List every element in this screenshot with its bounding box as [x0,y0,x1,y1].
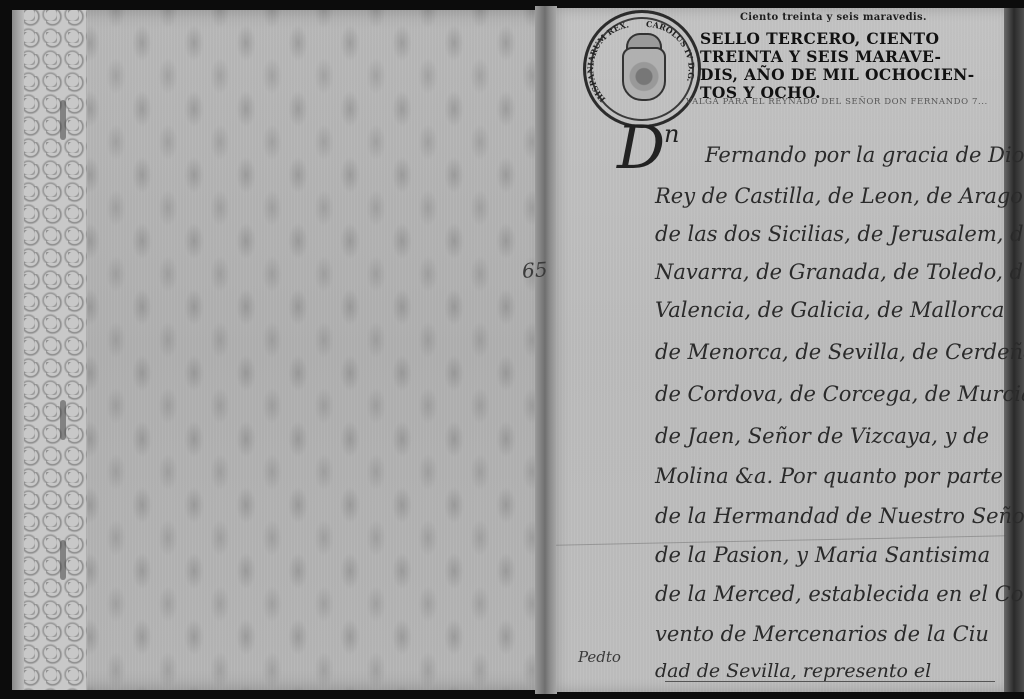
strip-stain [60,400,66,440]
manuscript-line: de Cordova, de Corcega, de Murcia [655,382,1024,406]
strip-stain [60,540,66,580]
manuscript-spread: 65 HISPANIARUM REX. CAROLUS IV D.G. Cien… [0,0,1024,699]
manuscript-line: Valencia, de Galicia, de Mallorca [655,298,1004,322]
seal-line: SELLO TERCERO, CIENTO [700,30,960,48]
seal-line: TREINTA Y SEIS MARAVE- [700,48,960,66]
manuscript-line: de la Merced, establecida en el Com [655,582,1024,606]
manuscript-line: de la Pasion, y Maria Santisima [655,543,990,567]
manuscript-line: Navarra, de Granada, de Toledo, de [655,260,1024,284]
manuscript-line: vento de Mercenarios de la Ciu [655,622,989,646]
initial-superscript: n [664,120,679,148]
seal-line: DIS, AÑO DE MIL OCHOCIEN- [700,66,960,84]
decorated-initial: D [617,118,665,178]
validation-line: VALGA PARA EL REYNADO DEL SEÑOR DON FERN… [686,97,988,107]
patterned-border-strip [24,10,87,690]
manuscript-line: de Jaen, Señor de Vizcaya, y de [655,424,989,448]
seal-heading: SELLO TERCERO, CIENTO TREINTA Y SEIS MAR… [700,30,960,102]
margin-note: Pedto [578,648,621,666]
folio-number: 65 [521,257,548,283]
left-page-cover [12,10,547,690]
strip-stain [60,100,66,140]
closing-underline [665,681,995,682]
manuscript-line: de la Hermandad de Nuestro Señor [655,504,1024,528]
manuscript-line: de Menorca, de Sevilla, de Cerdeña [655,340,1024,364]
book-spine [535,6,557,694]
price-line: Ciento treinta y seis maravedis. [740,12,927,23]
left-page-edge [12,10,24,690]
coat-of-arms-icon [622,47,666,101]
royal-seal-stamp: HISPANIARUM REX. CAROLUS IV D.G. [583,10,701,128]
manuscript-line: de las dos Sicilias, de Jerusalem, de [655,222,1024,246]
manuscript-line: Rey de Castilla, de Leon, de Aragon, [655,184,1024,208]
manuscript-line: Molina &a. Por quanto por parte [655,464,1003,488]
manuscript-line: Fernando por la gracia de Dios [705,143,1024,167]
manuscript-line: dad de Sevilla, represento el [655,660,931,682]
